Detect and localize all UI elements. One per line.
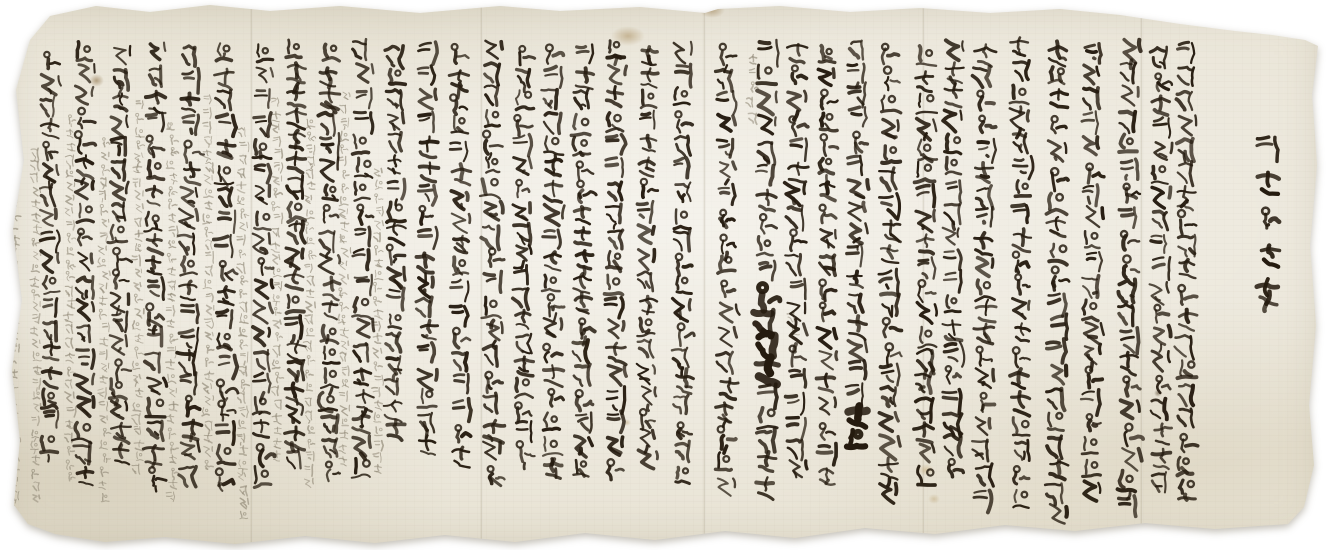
text-column <box>1045 41 1069 523</box>
title-column <box>1257 246 1280 311</box>
text-column <box>72 42 95 486</box>
text-column <box>384 46 406 440</box>
text-column <box>542 45 565 479</box>
text-column <box>285 40 306 469</box>
text-column <box>318 45 340 482</box>
text-column <box>1118 40 1143 517</box>
text-column <box>416 42 438 455</box>
text-column <box>785 44 809 477</box>
manuscript-paper <box>0 0 1329 550</box>
text-column <box>972 44 996 512</box>
title-column <box>1257 137 1279 228</box>
annotation-column <box>132 101 145 474</box>
text-column <box>177 46 204 487</box>
paper-shadow <box>0 0 1329 550</box>
text-column <box>754 40 780 500</box>
text-column <box>1175 42 1198 500</box>
text-column <box>480 41 505 486</box>
text-column <box>108 46 132 464</box>
text-column <box>846 41 869 447</box>
annotation-column <box>338 92 351 466</box>
text-column <box>571 45 596 477</box>
text-column <box>943 40 965 477</box>
text-column <box>253 44 275 487</box>
annotation-column <box>303 119 316 487</box>
scanned-document-photo: 쳐남답 봉쟝 <box>0 0 1329 550</box>
calligraphy-layer <box>0 0 1329 550</box>
annotation-column <box>166 123 179 502</box>
text-column <box>1010 38 1033 508</box>
annotation-column <box>202 95 214 469</box>
annotation-column <box>98 138 111 502</box>
annotation-column <box>30 148 42 502</box>
text-column <box>1081 44 1104 501</box>
text-column <box>449 44 471 468</box>
text-column <box>40 52 61 462</box>
text-column <box>879 44 902 503</box>
text-column <box>214 43 238 491</box>
text-column <box>513 46 535 469</box>
text-column <box>672 42 694 484</box>
text-column <box>637 47 658 469</box>
text-column <box>914 46 937 485</box>
text-column <box>817 46 838 485</box>
text-column <box>1150 47 1173 493</box>
annotation-column <box>8 185 20 526</box>
text-column <box>605 41 627 480</box>
text-column <box>352 39 374 478</box>
text-column <box>716 44 740 496</box>
text-column <box>143 43 166 492</box>
annotation-column <box>237 128 250 519</box>
